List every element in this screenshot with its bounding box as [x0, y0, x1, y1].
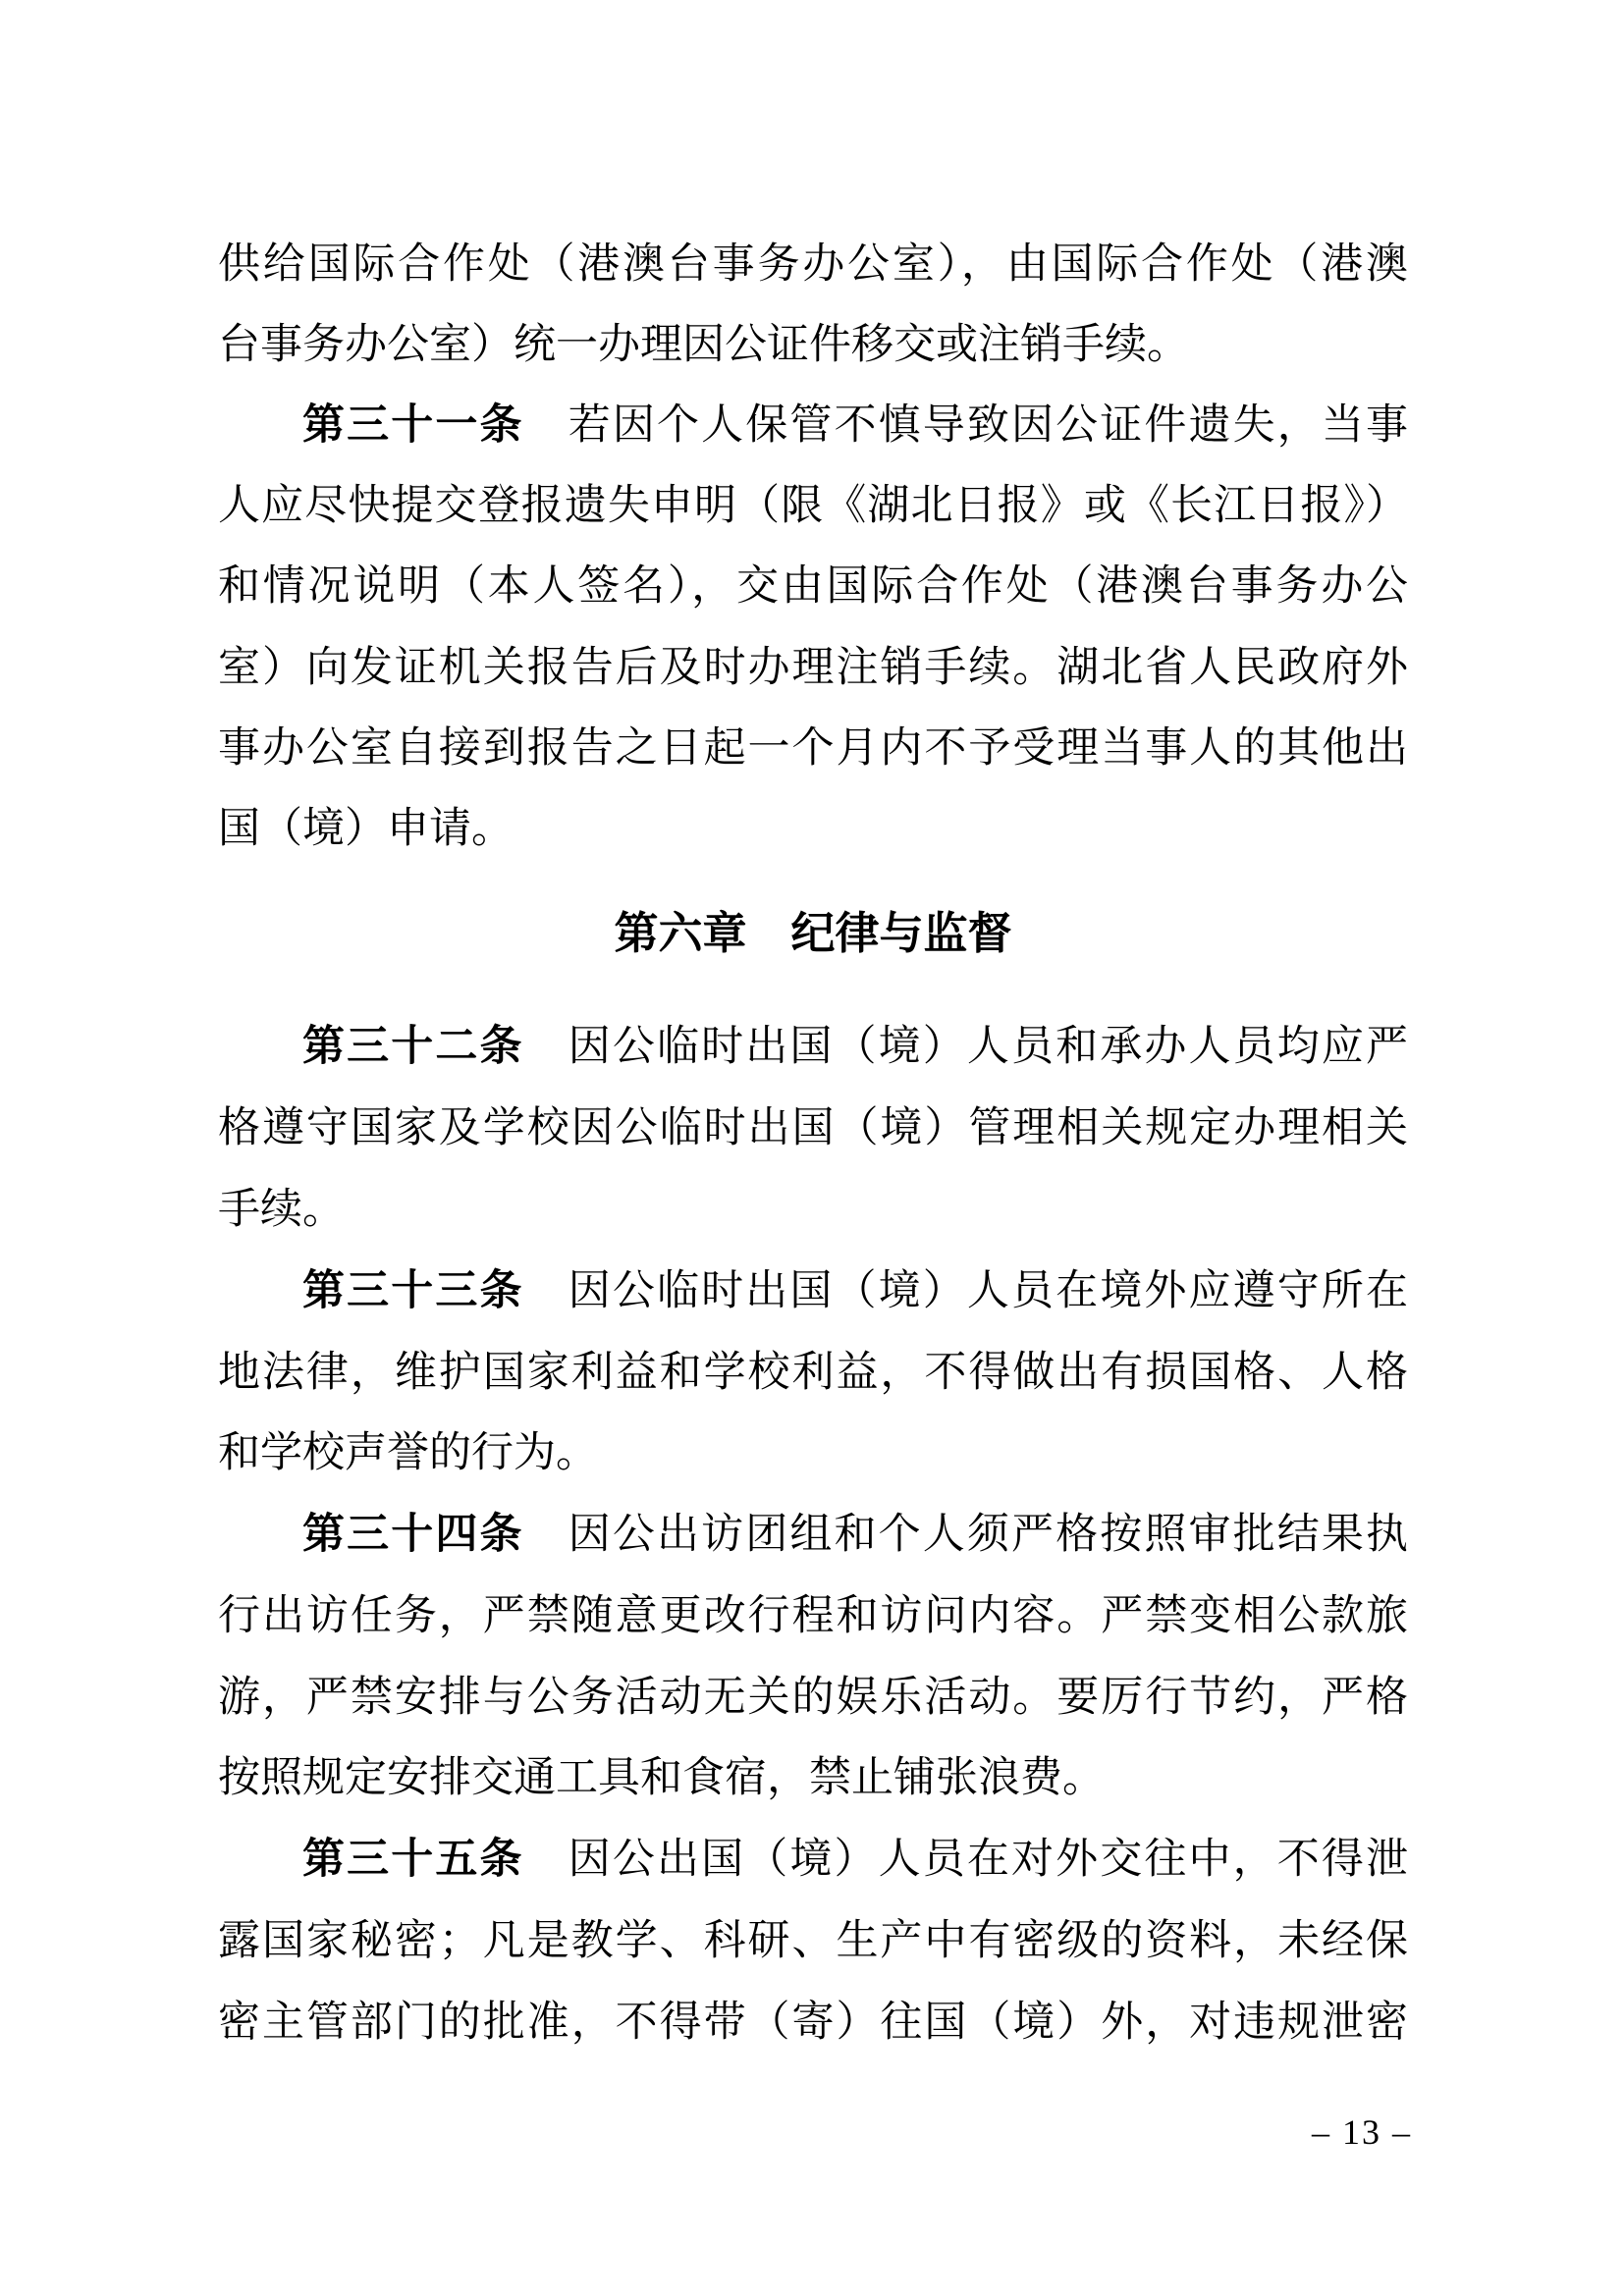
text-line: 和情况说明（本人签名），交由国际合作处（港澳台事务办公 [218, 558, 1408, 618]
text-line: 第三十二条 因公临时出国（境）人员和承办人员均应严 [218, 1018, 1408, 1079]
article-number: 第三十五条 [302, 1836, 524, 1883]
text-line: 事办公室自接到报告之日起一个月内不予受理当事人的其他出 [218, 720, 1408, 780]
text-line: 供给国际合作处（港澳台事务办公室），由国际合作处（港澳 [218, 236, 1408, 296]
text-line: 露国家秘密；凡是教学、科研、生产中有密级的资料，未经保 [218, 1912, 1408, 1973]
line-text: 露国家秘密；凡是教学、科研、生产中有密级的资料，未经保 [218, 1918, 1408, 1964]
text-line: 人应尽快提交登报遗失申明（限《湖北日报》或《长江日报》） [218, 477, 1408, 538]
line-text: 因公出国（境）人员在对外交往中，不得泄 [524, 1837, 1408, 1883]
text-line: 第三十三条 因公临时出国（境）人员在境外应遵守所在 [218, 1262, 1408, 1323]
text-line: 第三十五条 因公出国（境）人员在对外交往中，不得泄 [218, 1831, 1408, 1892]
text-line: 按照规定安排交通工具和食宿，禁止铺张浪费。 [218, 1749, 1408, 1810]
article-number: 第三十一条 [302, 401, 524, 449]
text-line: 第三十一条 若因个人保管不慎导致因公证件遗失，当事 [218, 397, 1408, 457]
line-text: 国（境）申请。 [218, 806, 514, 852]
line-text: 行出访任务，严禁随意更改行程和访问内容。严禁变相公款旅 [218, 1593, 1408, 1639]
text-line: 地法律，维护国家利益和学校利益，不得做出有损国格、人格 [218, 1344, 1408, 1405]
text-line: 室）向发证机关报告后及时办理注销手续。湖北省人民政府外 [218, 639, 1408, 700]
text-line: 游，严禁安排与公务活动无关的娱乐活动。要厉行节约，严格 [218, 1669, 1408, 1730]
line-text: 格遵守国家及学校因公临时出国（境）管理相关规定办理相关 [218, 1105, 1408, 1151]
line-text: 和情况说明（本人签名），交由国际合作处（港澳台事务办公 [218, 563, 1408, 610]
line-text: 因公出访团组和个人须严格按照审批结果执 [524, 1512, 1408, 1558]
text-line: 密主管部门的批准，不得带（寄）往国（境）外，对违规泄密 [218, 1994, 1408, 2055]
line-text: 若因个人保管不慎导致因公证件遗失，当事 [524, 402, 1408, 449]
text-line: 行出访任务，严禁随意更改行程和访问内容。严禁变相公款旅 [218, 1587, 1408, 1648]
text-line: 格遵守国家及学校因公临时出国（境）管理相关规定办理相关 [218, 1099, 1408, 1160]
article-number: 第三十三条 [302, 1267, 524, 1314]
line-text: 游，严禁安排与公务活动无关的娱乐活动。要厉行节约，严格 [218, 1675, 1408, 1721]
page-number: – 13 – [1312, 2112, 1412, 2152]
text-line: 国（境）申请。 [218, 800, 1408, 861]
chapter-heading: 第六章 纪律与监督 [218, 905, 1408, 966]
line-text: 事办公室自接到报告之日起一个月内不予受理当事人的其他出 [218, 725, 1408, 772]
line-text: 供给国际合作处（港澳台事务办公室），由国际合作处（港澳 [218, 241, 1408, 288]
line-text: 密主管部门的批准，不得带（寄）往国（境）外，对违规泄密 [218, 2000, 1408, 2046]
text-line: 第三十四条 因公出访团组和个人须严格按照审批结果执 [218, 1506, 1408, 1567]
line-text: 台事务办公室）统一办理因公证件移交或注销手续。 [218, 322, 1189, 368]
text-line: 和学校声誉的行为。 [218, 1424, 1408, 1485]
line-text: 室）向发证机关报告后及时办理注销手续。湖北省人民政府外 [218, 645, 1408, 691]
article-number: 第三十二条 [302, 1023, 524, 1070]
line-text: 地法律，维护国家利益和学校利益，不得做出有损国格、人格 [218, 1350, 1408, 1396]
line-text: 因公临时出国（境）人员在境外应遵守所在 [524, 1268, 1408, 1314]
line-text: 按照规定安排交通工具和食宿，禁止铺张浪费。 [218, 1755, 1105, 1801]
line-text: 手续。 [218, 1187, 345, 1233]
text-line: 手续。 [218, 1181, 1408, 1242]
text-line: 台事务办公室）统一办理因公证件移交或注销手续。 [218, 316, 1408, 377]
document-page: 供给国际合作处（港澳台事务办公室），由国际合作处（港澳 台事务办公室）统一办理因… [0, 0, 1624, 2296]
line-text: 人应尽快提交登报遗失申明（限《湖北日报》或《长江日报》） [218, 483, 1408, 529]
article-number: 第三十四条 [302, 1511, 524, 1558]
line-text: 因公临时出国（境）人员和承办人员均应严 [524, 1024, 1408, 1070]
line-text: 和学校声誉的行为。 [218, 1430, 598, 1476]
